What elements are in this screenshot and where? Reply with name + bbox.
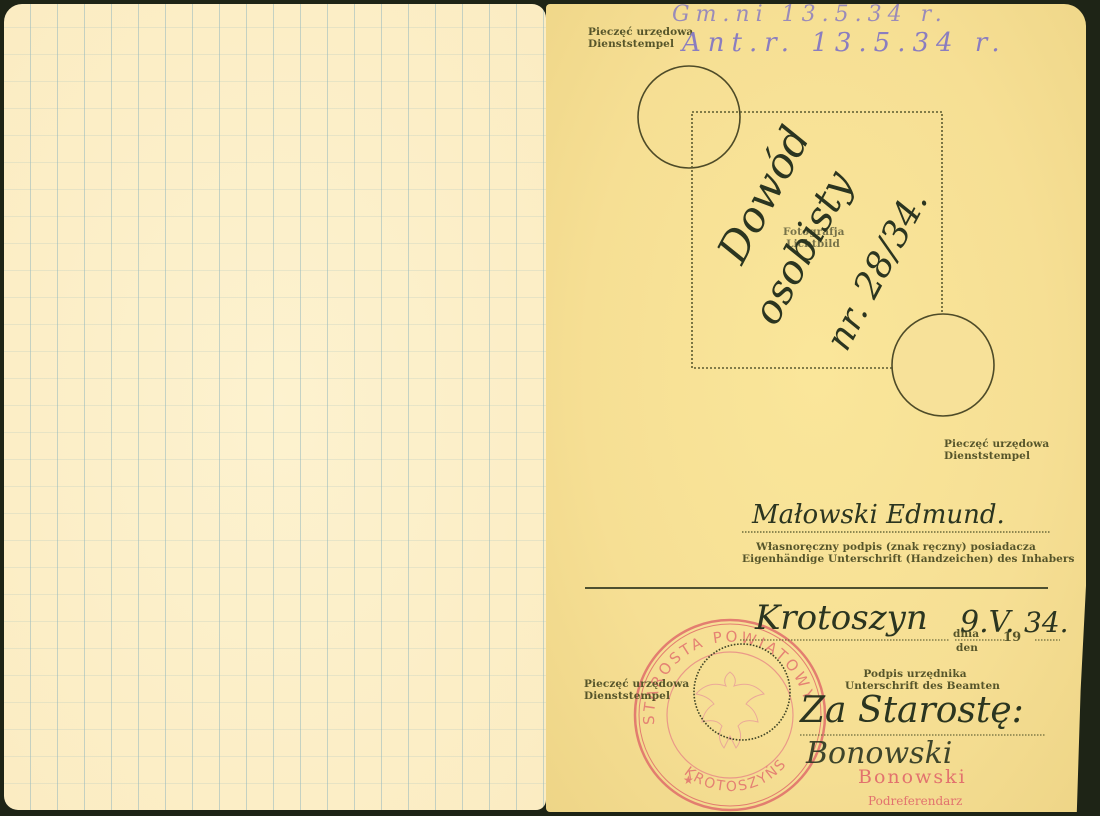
left-page-grid [4, 4, 546, 810]
section-divider [585, 587, 1048, 589]
za-starosta: Za Starostę: [800, 690, 1024, 731]
official-signature-caption: Podpis urzędnika Unterschrift des Beamte… [845, 668, 985, 692]
issuance-place: Krotoszyn [755, 598, 928, 638]
date-label-den: den [956, 642, 978, 654]
annotation-line2: Ant.r. 13.5.34 r. [682, 28, 1007, 58]
issuance-year: 34. [1024, 606, 1069, 639]
holder-signature: Małowski Edmund. [752, 500, 1005, 530]
bottom-stamp-label: Pieczęć urzędowa Dienststempel [584, 678, 689, 702]
top-stamp-label: Pieczęć urzędowa Dienststempel [588, 26, 693, 50]
stamp-title: Podreferendarz [868, 794, 962, 808]
issuance-day-month: 9.V. [960, 605, 1015, 640]
holder-signature-caption: Własnoręczny podpis (znak ręczny) posiad… [742, 541, 1050, 565]
official-signature: Bonowski [806, 736, 952, 771]
mid-stamp-label: Pieczęć urzędowa Dienststempel [944, 438, 1049, 462]
annotation-line1: Gm.ni 13.5.34 r. [672, 2, 948, 27]
